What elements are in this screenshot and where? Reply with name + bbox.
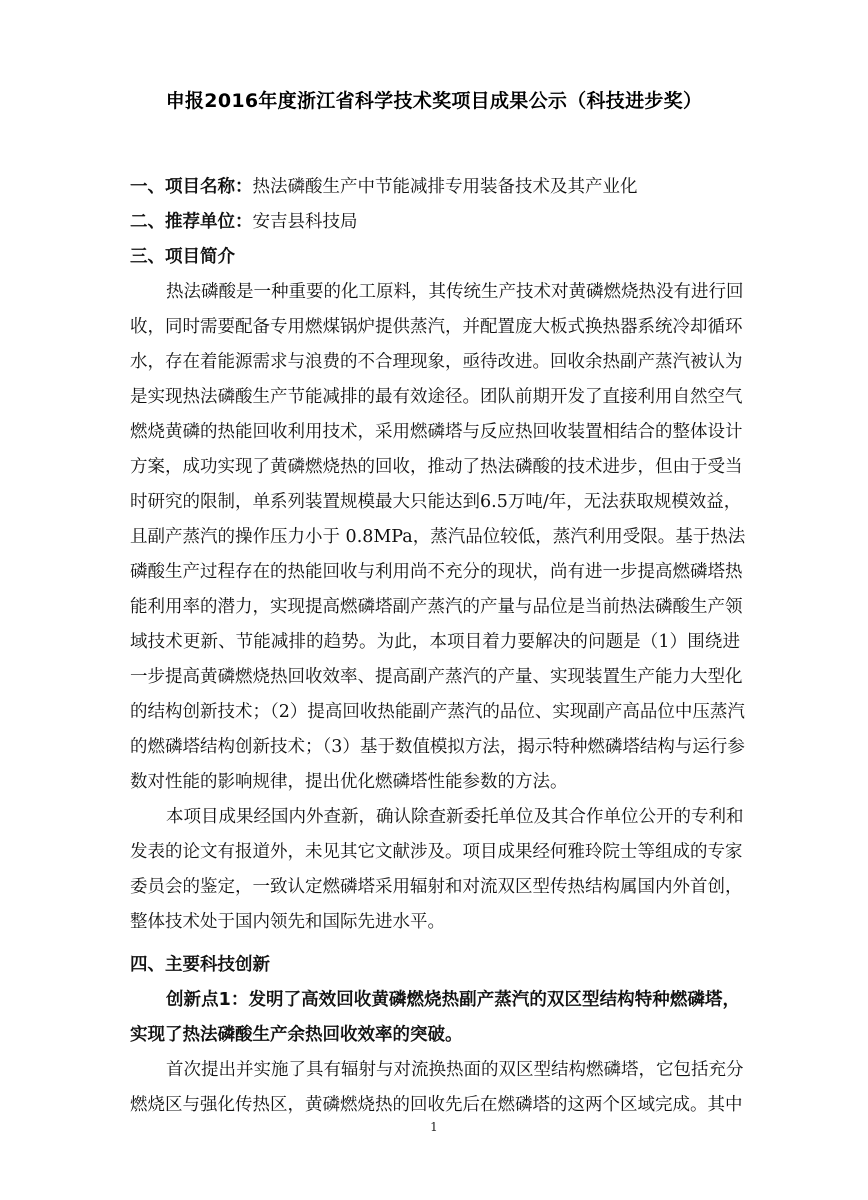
text-line: 的结构创新技术；（2）提高回收热能副产蒸汽的品位、实现副产高品位中压蒸汽 <box>130 695 740 730</box>
document-body: 一、项目名称：热法磷酸生产中节能减排专用装备技术及其产业化 二、推荐单位：安吉县… <box>130 170 740 1123</box>
text-line: 委员会的鉴定，一致认定燃磷塔采用辐射和对流双区型传热结构属国内外首创， <box>130 870 740 905</box>
text-line: 的燃磷塔结构创新技术；（3）基于数值模拟方法，揭示特种燃磷塔结构与运行参 <box>130 730 740 765</box>
text-line: 收，同时需要配备专用燃煤锅炉提供蒸汽，并配置庞大板式换热器系统冷却循环 <box>130 310 740 345</box>
text-line: 热法磷酸是一种重要的化工原料，其传统生产技术对黄磷燃烧热没有进行回 <box>130 275 740 310</box>
document-title: 申报2016年度浙江省科学技术奖项目成果公示（科技进步奖） <box>0 86 868 113</box>
section-project-name: 一、项目名称：热法磷酸生产中节能减排专用装备技术及其产业化 <box>130 170 740 205</box>
innovation-1-body: 首次提出并实施了具有辐射与对流换热面的双区型结构燃磷塔，它包括充分 燃烧区与强化… <box>130 1053 740 1123</box>
text-line: 且副产蒸汽的操作压力小于 0.8MPa，蒸汽品位较低，蒸汽利用受限。基于热法 <box>130 520 740 555</box>
section-label: 一、项目名称： <box>130 177 253 197</box>
text-line: 方案，成功实现了黄磷燃烧热的回收，推动了热法磷酸的技术进步，但由于受当 <box>130 450 740 485</box>
text-line: 是实现热法磷酸生产节能减排的最有效途径。团队前期开发了直接利用自然空气 <box>130 380 740 415</box>
text-line: 创新点1：发明了高效回收黄磷燃烧热副产蒸汽的双区型结构特种燃磷塔， <box>130 983 740 1018</box>
project-name-value: 热法磷酸生产中节能减排专用装备技术及其产业化 <box>253 177 638 197</box>
section-label: 二、推荐单位： <box>130 212 253 232</box>
text-line: 水，存在着能源需求与浪费的不合理现象，亟待改进。回收余热副产蒸汽被认为 <box>130 345 740 380</box>
text-line: 一步提高黄磷燃烧热回收效率、提高副产蒸汽的产量、实现装置生产能力大型化 <box>130 660 740 695</box>
text-line: 首次提出并实施了具有辐射与对流换热面的双区型结构燃磷塔，它包括充分 <box>130 1053 740 1088</box>
intro-paragraph-2: 本项目成果经国内外查新，确认除查新委托单位及其合作单位公开的专利和 发表的论文有… <box>130 800 740 940</box>
text-line: 磷酸生产过程存在的热能回收与利用尚不充分的现状，尚有进一步提高燃磷塔热 <box>130 555 740 590</box>
text-line: 燃烧区与强化传热区，黄磷燃烧热的回收先后在燃磷塔的这两个区域完成。其中 <box>130 1088 740 1123</box>
text-line: 数对性能的影响规律，提出优化燃磷塔性能参数的方法。 <box>130 765 740 800</box>
text-line: 本项目成果经国内外查新，确认除查新委托单位及其合作单位公开的专利和 <box>130 800 740 835</box>
section-recommender: 二、推荐单位：安吉县科技局 <box>130 205 740 240</box>
text-line: 发表的论文有报道外，未见其它文献涉及。项目成果经何雅玲院士等组成的专家 <box>130 835 740 870</box>
section-innovation-heading: 四、主要科技创新 <box>130 948 740 983</box>
recommender-value: 安吉县科技局 <box>253 212 358 232</box>
page-number: 1 <box>0 1120 868 1134</box>
innovation-1-heading: 创新点1：发明了高效回收黄磷燃烧热副产蒸汽的双区型结构特种燃磷塔， 实现了热法磷… <box>130 983 740 1053</box>
intro-paragraph-1: 热法磷酸是一种重要的化工原料，其传统生产技术对黄磷燃烧热没有进行回 收，同时需要… <box>130 275 740 800</box>
text-line: 时研究的限制，单系列装置规模最大只能达到6.5万吨/年，无法获取规模效益， <box>130 485 740 520</box>
text-line: 实现了热法磷酸生产余热回收效率的突破。 <box>130 1018 740 1053</box>
text-line: 燃烧黄磷的热能回收利用技术，采用燃磷塔与反应热回收装置相结合的整体设计 <box>130 415 740 450</box>
section-intro-heading: 三、项目简介 <box>130 240 740 275</box>
text-line: 能利用率的潜力，实现提高燃磷塔副产蒸汽的产量与品位是当前热法磷酸生产领 <box>130 590 740 625</box>
document-page: 申报2016年度浙江省科学技术奖项目成果公示（科技进步奖） 一、项目名称：热法磷… <box>0 0 868 1200</box>
text-line: 域技术更新、节能减排的趋势。为此，本项目着力要解决的问题是（1）围绕进 <box>130 625 740 660</box>
text-line: 整体技术处于国内领先和国际先进水平。 <box>130 905 740 940</box>
